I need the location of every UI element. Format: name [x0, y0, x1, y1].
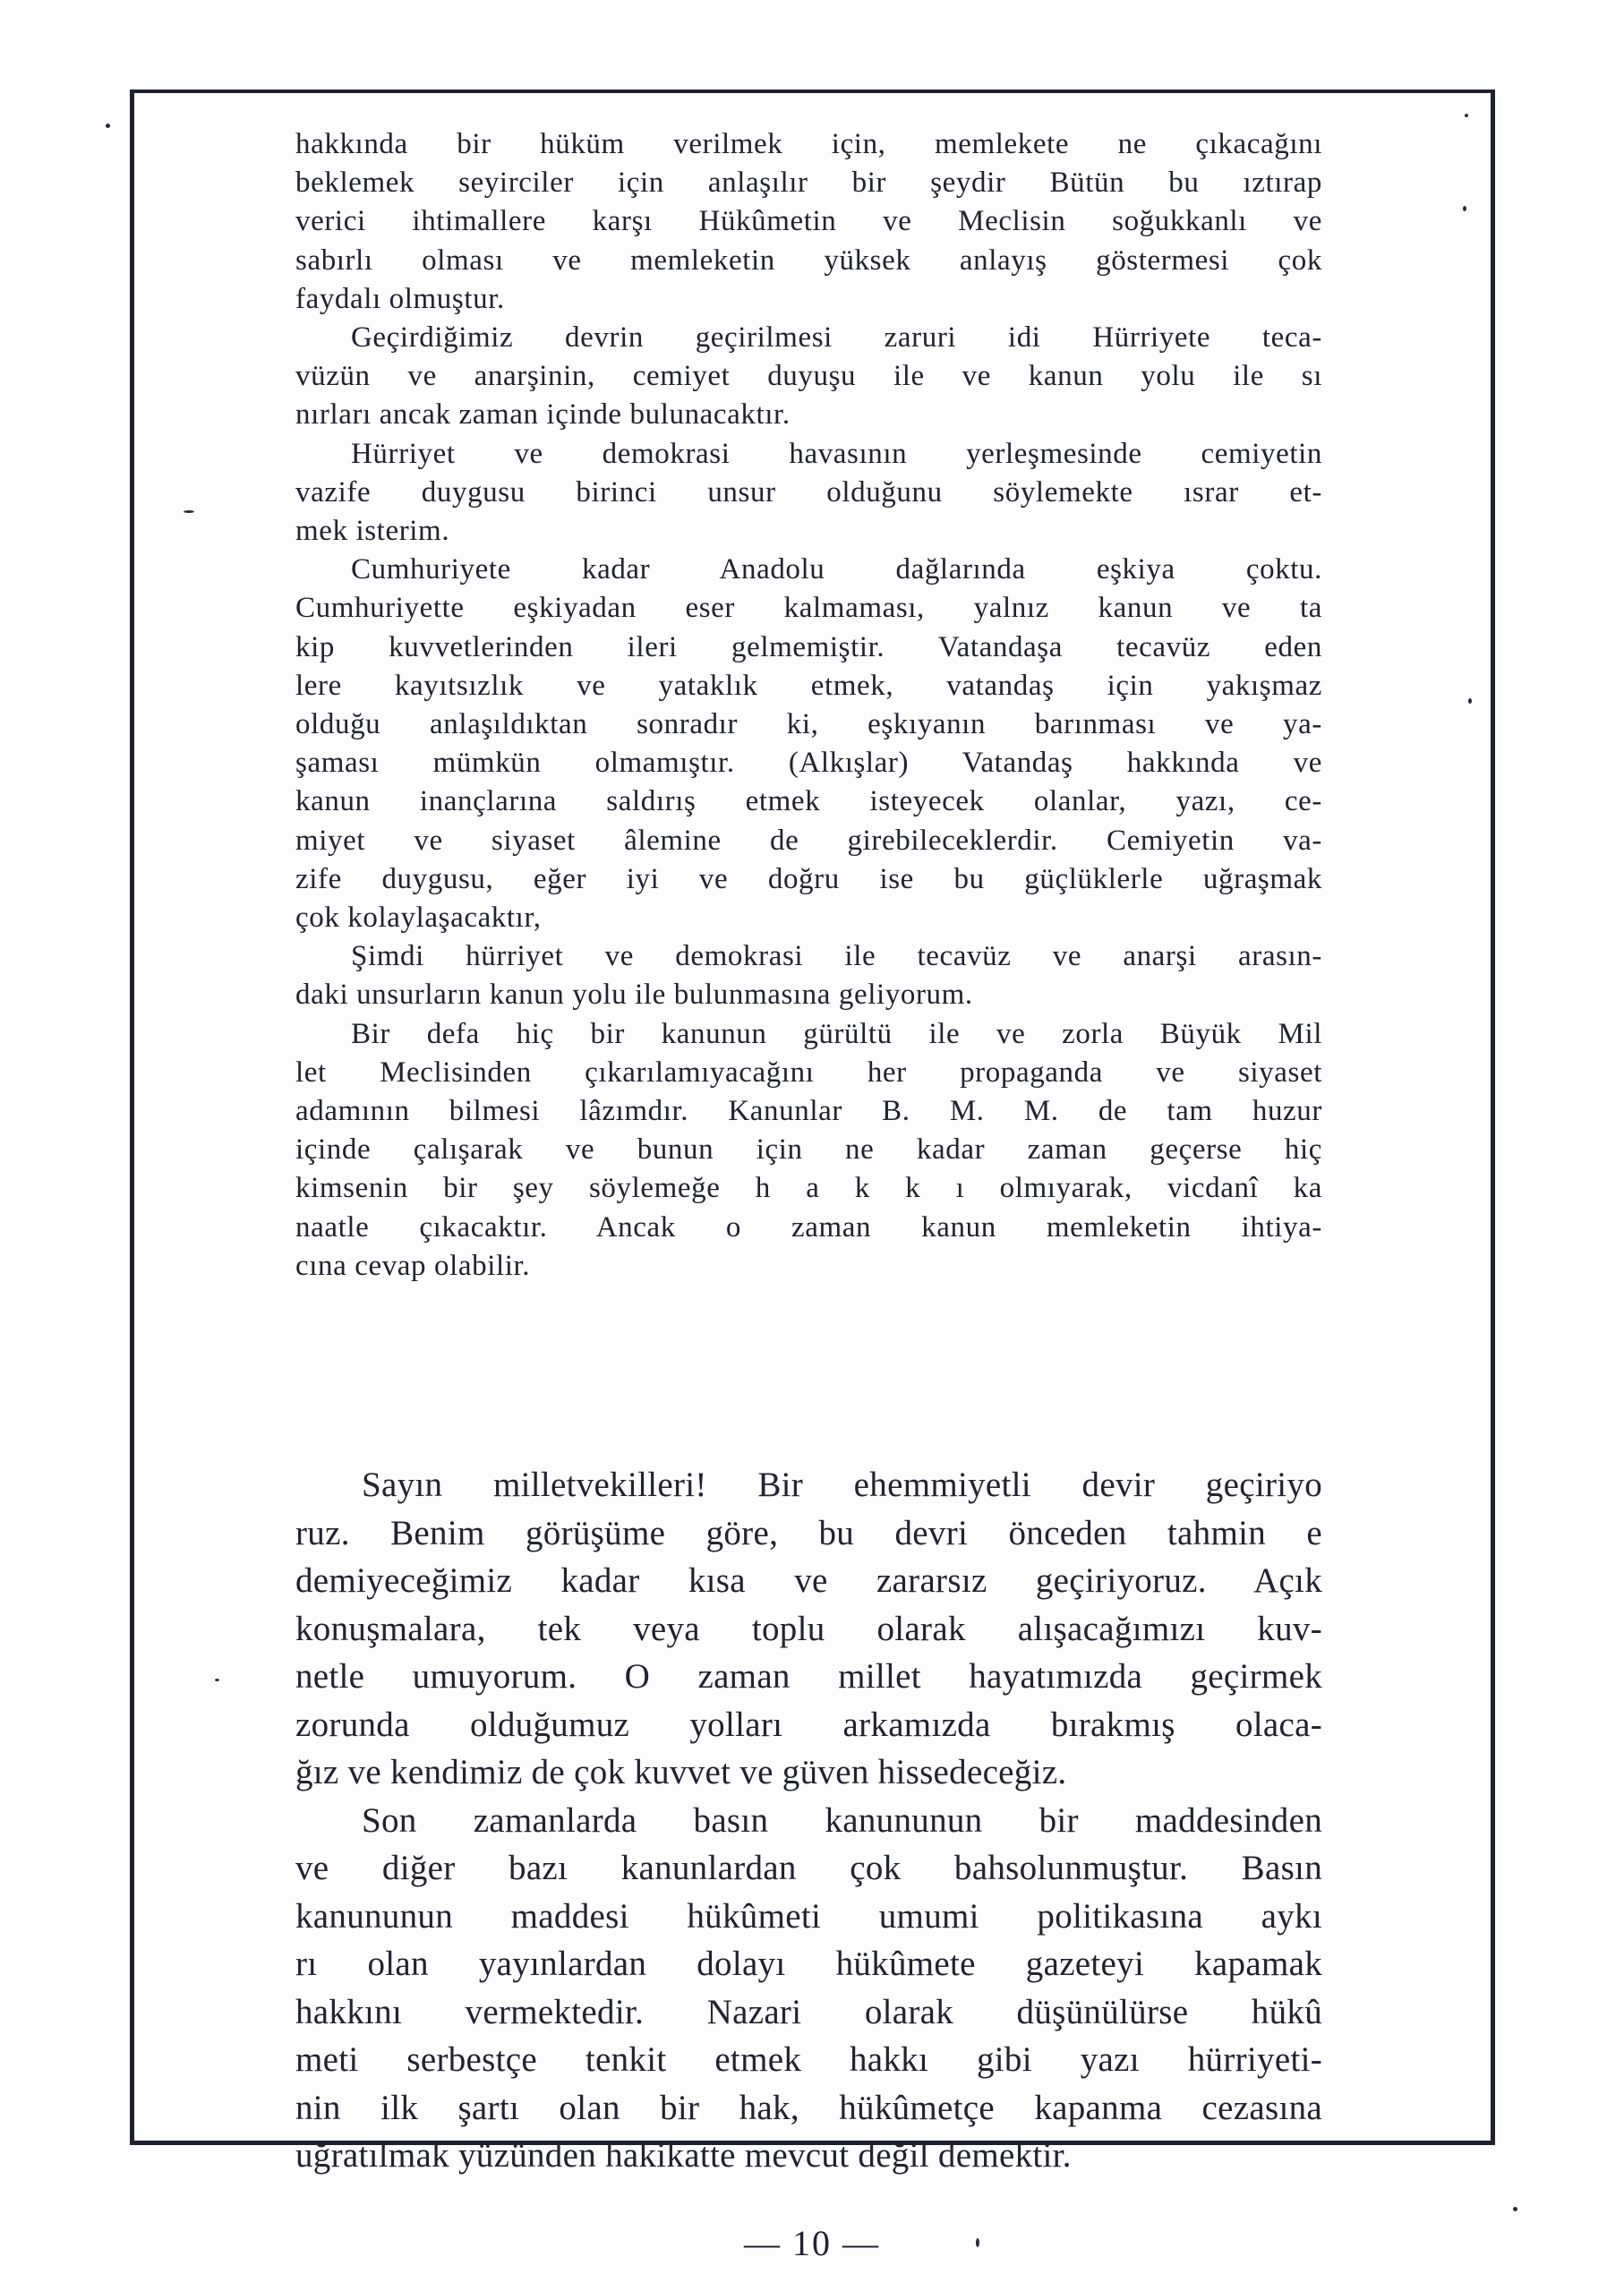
text-line: netle umuyorum. O zaman millet hayatımız…	[295, 1653, 1322, 1701]
text-line: Bir defa hiç bir kanunun gürültü ile ve …	[295, 1015, 1322, 1054]
text-line: nırları ancak zaman içinde bulunacaktır.	[295, 396, 1322, 434]
text-line: uğratılmak yüzünden hakikatte mevcut değ…	[295, 2132, 1322, 2180]
text-line: şaması mümkün olmamıştır. (Alkışlar) Vat…	[295, 744, 1322, 782]
text-line: faydalı olmuştur.	[295, 280, 1322, 319]
paragraph: Bir defa hiç bir kanunun gürültü ile ve …	[295, 1015, 1322, 1286]
text-line: mek isterim.	[295, 512, 1322, 551]
text-line: kanununun maddesi hükûmeti umumi politik…	[295, 1893, 1322, 1941]
text-line: cına cevap olabilir.	[295, 1247, 1322, 1286]
scan-speck	[106, 124, 110, 128]
text-line: vüzün ve anarşinin, cemiyet duyuşu ile v…	[295, 357, 1322, 396]
text-line: vazife duygusu birinci unsur olduğunu sö…	[295, 474, 1322, 512]
paragraph: Son zamanlarda basın kanununun bir madde…	[295, 1797, 1322, 2180]
scan-speck	[976, 2238, 979, 2247]
text-line: Şimdi hürriyet ve demokrasi ile tecavüz …	[295, 937, 1322, 976]
scanned-document-page: hakkında bir hüküm verilmek için, memlek…	[0, 0, 1624, 2274]
page-number: — 10 —	[0, 2222, 1624, 2264]
text-line: adamının bilmesi lâzımdır. Kanunlar B. M…	[295, 1092, 1322, 1131]
text-line: nin ilk şartı olan bir hak, hükûmetçe ka…	[295, 2084, 1322, 2133]
upper-text-section: hakkında bir hüküm verilmek için, memlek…	[295, 125, 1322, 1286]
text-line: miyet ve siyaset âlemine de girebilecekl…	[295, 822, 1322, 860]
text-line: beklemek seyirciler için anlaşılır bir ş…	[295, 164, 1322, 202]
text-line: Cumhuriyete kadar Anadolu dağlarında eşk…	[295, 551, 1322, 589]
text-line: kip kuvvetlerinden ileri gelmemiştir. Va…	[295, 628, 1322, 667]
text-line: lere kayıtsızlık ve yataklık etmek, vata…	[295, 667, 1322, 705]
text-line: naatle çıkacaktır. Ancak o zaman kanun m…	[295, 1209, 1322, 1247]
paragraph: Geçirdiğimiz devrin geçirilmesi zaruri i…	[295, 319, 1322, 435]
text-line: zife duygusu, eğer iyi ve doğru ise bu g…	[295, 860, 1322, 899]
text-line: demiyeceğimiz kadar kısa ve zararsız geç…	[295, 1557, 1322, 1605]
scan-speck	[1465, 114, 1468, 117]
text-line: Hürriyet ve demokrasi havasının yerleşme…	[295, 435, 1322, 474]
text-line: let Meclisinden çıkarılamıyacağını her p…	[295, 1054, 1322, 1092]
text-line: Son zamanlarda basın kanununun bir madde…	[295, 1797, 1322, 1845]
text-line: Geçirdiğimiz devrin geçirilmesi zaruri i…	[295, 319, 1322, 357]
text-line: sabırlı olması ve memleketin yüksek anla…	[295, 242, 1322, 280]
text-line: ruz. Benim görüşüme göre, bu devri önced…	[295, 1509, 1322, 1558]
text-line: Cumhuriyette eşkiyadan eser kalmaması, y…	[295, 589, 1322, 628]
text-line: kimsenin bir şey söylemeğe h a k k ı olm…	[295, 1169, 1322, 1208]
scan-speck	[215, 1679, 219, 1681]
paragraph: Sayın milletvekilleri! Bir ehemmiyetli d…	[295, 1461, 1322, 1797]
text-line: hakkında bir hüküm verilmek için, memlek…	[295, 125, 1322, 164]
paragraph: Cumhuriyete kadar Anadolu dağlarında eşk…	[295, 551, 1322, 937]
scan-speck	[1463, 206, 1466, 211]
text-line: rı olan yayınlardan dolayı hükûmete gaze…	[295, 1940, 1322, 1988]
text-line: meti serbestçe tenkit etmek hakkı gibi y…	[295, 2036, 1322, 2084]
paragraph: hakkında bir hüküm verilmek için, memlek…	[295, 125, 1322, 319]
text-line: çok kolaylaşacaktır,	[295, 899, 1322, 937]
text-line: hakkını vermektedir. Nazari olarak düşün…	[295, 1988, 1322, 2037]
scan-speck	[1468, 698, 1472, 704]
paragraph: Hürriyet ve demokrasi havasının yerleşme…	[295, 435, 1322, 551]
text-line: verici ihtimallere karşı Hükûmetin ve Me…	[295, 202, 1322, 241]
text-line: Sayın milletvekilleri! Bir ehemmiyetli d…	[295, 1461, 1322, 1509]
lower-text-section: Sayın milletvekilleri! Bir ehemmiyetli d…	[295, 1461, 1322, 2180]
text-line: daki unsurların kanun yolu ile bulunması…	[295, 976, 1322, 1014]
text-line: içinde çalışarak ve bunun için ne kadar …	[295, 1131, 1322, 1169]
text-line: kanun inançlarına saldırış etmek isteyec…	[295, 782, 1322, 821]
text-line: olduğu anlaşıldıktan sonradır ki, eşkıya…	[295, 705, 1322, 744]
text-line: konuşmalara, tek veya toplu olarak alışa…	[295, 1605, 1322, 1654]
text-line: ğız ve kendimiz de çok kuvvet ve güven h…	[295, 1748, 1322, 1797]
text-line: ve diğer bazı kanunlardan çok bahsolunmu…	[295, 1844, 1322, 1893]
text-line: zorunda olduğumuz yolları arkamızda bıra…	[295, 1701, 1322, 1749]
scan-speck	[184, 510, 194, 513]
scan-speck	[1513, 2207, 1517, 2211]
paragraph: Şimdi hürriyet ve demokrasi ile tecavüz …	[295, 937, 1322, 1014]
